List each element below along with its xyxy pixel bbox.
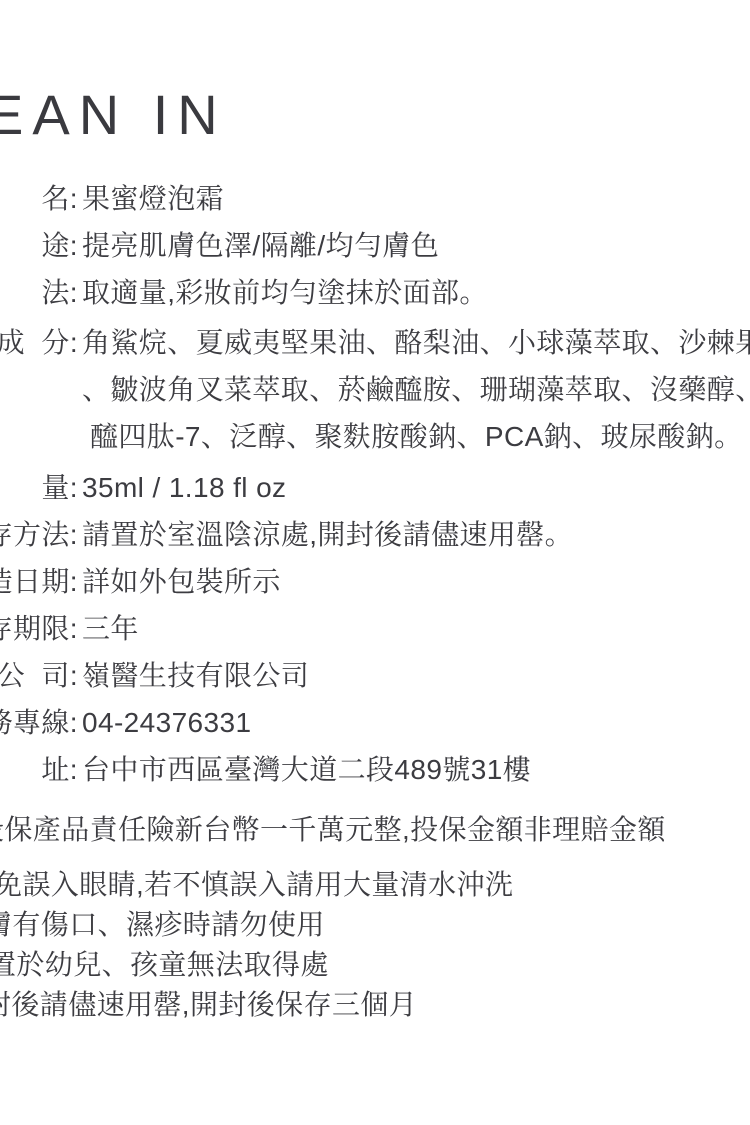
warning-line: 置於幼兒、孩童無法取得處 <box>0 945 750 985</box>
field-value: 果蜜燈泡霜 <box>82 175 224 222</box>
info-section: 名: 果蜜燈泡霜 途: 提亮肌膚色澤/隔離/均勻膚色 法: 取適量,彩妝前均勻塗… <box>0 175 750 793</box>
warning-line: 封後請儘速用罄,開封後保存三個月 <box>0 985 750 1025</box>
field-value: 35ml / 1.18 fl oz <box>82 464 286 511</box>
field-label-text: 成 分: <box>0 319 78 366</box>
field-row-address: 址: 台中市西區臺灣大道二段489號31樓 <box>0 746 750 793</box>
field-label <box>0 413 78 460</box>
field-row-usage: 途: 提亮肌膚色澤/隔離/均勻膚色 <box>0 222 750 269</box>
field-row-shelf-life: 存期限: 三年 <box>0 605 750 652</box>
field-label: 途: <box>0 222 78 269</box>
field-label-text: 存方法: <box>0 511 78 558</box>
field-value: 嶺醫生技有限公司 <box>82 652 309 699</box>
insurance-note: 投保產品責任險新台幣一千萬元整,投保金額非理賠金額 <box>0 806 750 853</box>
field-value: 、皺波角叉菜萃取、菸鹼醯胺、珊瑚藻萃取、沒藥醇、 <box>82 366 750 413</box>
field-value: 角鯊烷、夏威夷堅果油、酪梨油、小球藻萃取、沙棘果 <box>82 319 750 366</box>
field-label: 存期限: <box>0 605 78 652</box>
field-value: 請置於室溫陰涼處,開封後請儘速用罄。 <box>82 511 573 558</box>
field-value: 醯四肽-7、泛醇、聚麩胺酸鈉、PCA鈉、玻尿酸鈉。 <box>82 413 742 460</box>
field-label-text: 法: <box>41 269 78 316</box>
field-label-text: 存期限: <box>0 605 78 652</box>
field-row-name: 名: 果蜜燈泡霜 <box>0 175 750 222</box>
field-label <box>0 366 78 413</box>
field-row-ingredients: 成 分: 角鯊烷、夏威夷堅果油、酪梨油、小球藻萃取、沙棘果 <box>0 319 750 366</box>
field-label-text: 名: <box>41 175 78 222</box>
field-value: 台中市西區臺灣大道二段489號31樓 <box>82 746 531 793</box>
field-label: 名: <box>0 175 78 222</box>
field-label-text: 造日期: <box>0 558 78 605</box>
field-label: 法: <box>0 269 78 316</box>
warning-line: 免誤入眼睛,若不慎誤入請用大量清水沖洗 <box>0 865 750 905</box>
field-label: 務專線: <box>0 699 78 746</box>
brand-logo: EAN IN <box>0 88 750 142</box>
field-value: 04-24376331 <box>82 699 251 746</box>
field-row-storage-method: 存方法: 請置於室溫陰涼處,開封後請儘速用罄。 <box>0 511 750 558</box>
field-label-text: 量: <box>41 464 78 511</box>
field-row-manufacture-date: 造日期: 詳如外包裝所示 <box>0 558 750 605</box>
field-label: 量: <box>0 464 78 511</box>
field-value: 三年 <box>82 605 139 652</box>
field-value: 提亮肌膚色澤/隔離/均勻膚色 <box>82 222 439 269</box>
warning-line: 膚有傷口、濕疹時請勿使用 <box>0 905 750 945</box>
field-row-ingredients-cont-1: 、皺波角叉菜萃取、菸鹼醯胺、珊瑚藻萃取、沒藥醇、 <box>0 366 750 413</box>
product-label-page: EAN IN 名: 果蜜燈泡霜 途: 提亮肌膚色澤/隔離/均勻膚色 法: 取適量… <box>0 0 750 1125</box>
field-label: 址: <box>0 746 78 793</box>
field-value: 詳如外包裝所示 <box>82 558 281 605</box>
field-label-text: 途: <box>41 222 78 269</box>
field-label-text: 務專線: <box>0 699 78 746</box>
field-label-text: 公 司: <box>0 652 78 699</box>
field-label: 造日期: <box>0 558 78 605</box>
field-row-company: 公 司: 嶺醫生技有限公司 <box>0 652 750 699</box>
field-row-directions: 法: 取適量,彩妝前均勻塗抹於面部。 <box>0 269 750 316</box>
field-value: 取適量,彩妝前均勻塗抹於面部。 <box>82 269 488 316</box>
field-label: 存方法: <box>0 511 78 558</box>
field-label-text: 址: <box>41 746 78 793</box>
field-label: 公 司: <box>0 652 78 699</box>
warnings-section: 免誤入眼睛,若不慎誤入請用大量清水沖洗 膚有傷口、濕疹時請勿使用 置於幼兒、孩童… <box>0 865 750 1025</box>
field-row-service-line: 務專線: 04-24376331 <box>0 699 750 746</box>
field-row-ingredients-cont-2: 醯四肽-7、泛醇、聚麩胺酸鈉、PCA鈉、玻尿酸鈉。 <box>0 413 750 460</box>
field-row-volume: 量: 35ml / 1.18 fl oz <box>0 464 750 511</box>
field-label: 成 分: <box>0 319 78 366</box>
